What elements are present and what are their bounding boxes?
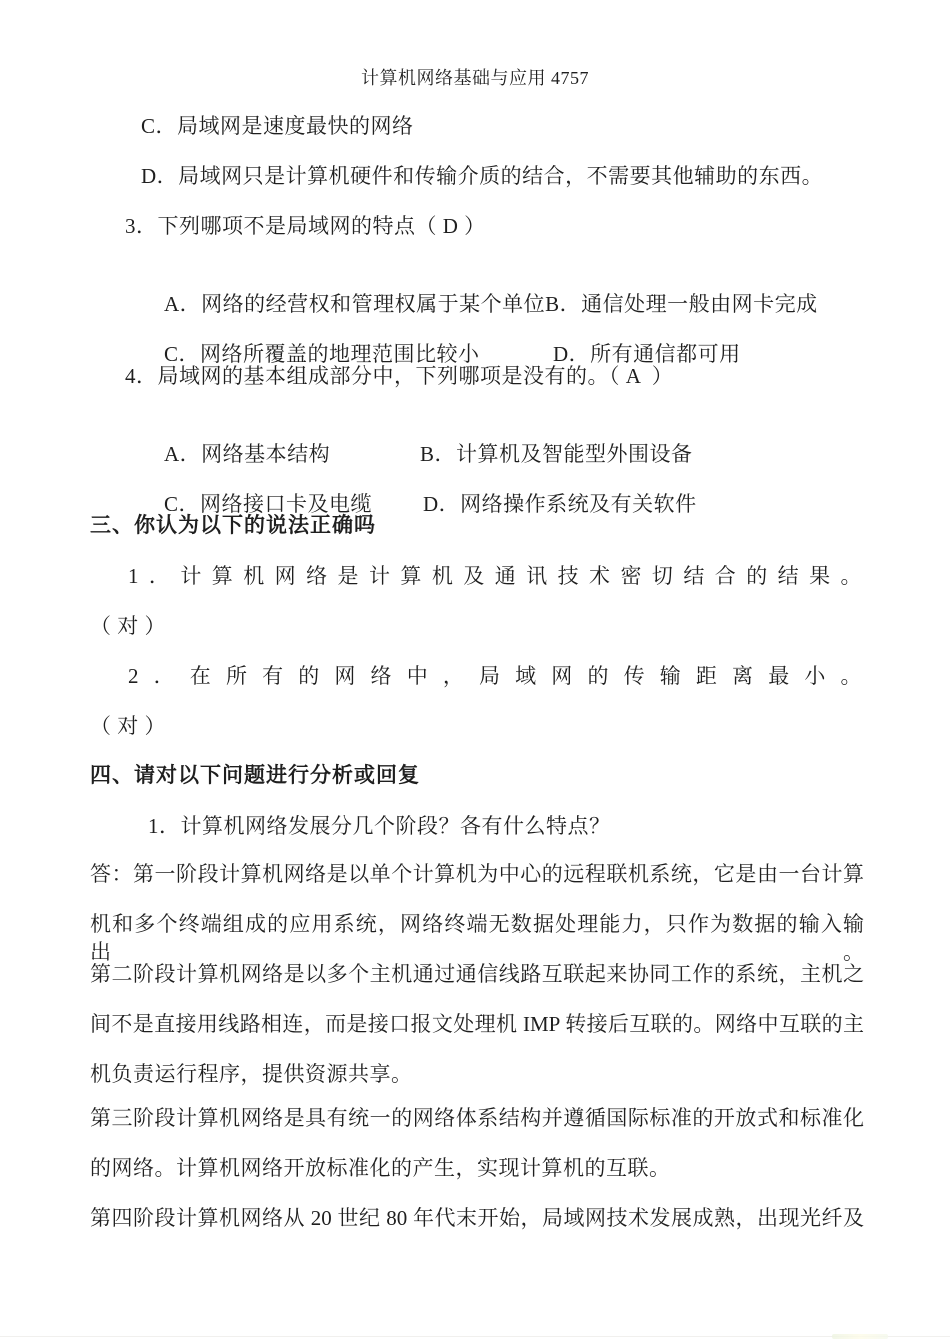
question-3: 3．下列哪项不是局域网的特点（ D ） xyxy=(125,212,486,240)
answer-paragraph-line: 机负责运行程序，提供资源共享。 xyxy=(90,1060,413,1088)
answer-paragraph-line: 第四阶段计算机网络从 20 世纪 80 年代末开始，局域网技术发展成熟，出现光纤… xyxy=(90,1204,864,1232)
answer-mark-2: （ 对 ） xyxy=(90,712,166,740)
answer-paragraph-line: 机和多个终端组成的应用系统，网络终端无数据处理能力，只作为数据的输入输出。 xyxy=(90,910,864,966)
statement-2: 2．在所有的网络中，局域网的传输距离最小。 xyxy=(128,662,862,690)
section-heading-3: 三、你认为以下的说法正确吗 xyxy=(90,512,376,540)
question-4: 4．局域网的基本组成部分中，下列哪项是没有的。（ A ） xyxy=(125,362,673,390)
answer-paragraph-line: 答：第一阶段计算机网络是以单个计算机为中心的远程联机系统，它是由一台计算 xyxy=(90,860,864,888)
watermark-artifact xyxy=(832,1334,888,1339)
document-page: 计算机网络基础与应用 4757 C．局域网是速度最快的网络 D．局域网只是计算机… xyxy=(0,0,950,1341)
statement-1: 1．计算机网络是计算机及通讯技术密切结合的结果。 xyxy=(128,562,862,590)
option-line-c: C．局域网是速度最快的网络 xyxy=(141,112,414,140)
option-d: D．网络操作系统及有关软件 xyxy=(423,492,697,516)
answer-paragraph-line: 第三阶段计算机网络是具有统一的网络体系结构并遵循国际标准的开放式和标准化 xyxy=(90,1104,864,1132)
option-line-d: D．局域网只是计算机硬件和传输介质的结合，不需要其他辅助的东西。 xyxy=(141,162,823,190)
answer-mark-1: （ 对 ） xyxy=(90,612,166,640)
answer-paragraph-line: 第二阶段计算机网络是以多个主机通过通信线路互联起来协同工作的系统，主机之 xyxy=(90,960,864,988)
answer-paragraph-line: 间不是直接用线路相连，而是接口报文处理机 IMP 转接后互联的。网络中互联的主 xyxy=(90,1010,864,1038)
answer-paragraph-line: 的网络。计算机网络开放标准化的产生，实现计算机的互联。 xyxy=(90,1154,671,1182)
section-heading-4: 四、请对以下问题进行分析或回复 xyxy=(90,762,420,790)
page-title: 计算机网络基础与应用 4757 xyxy=(0,64,950,92)
essay-question-1: 1．计算机网络发展分几个阶段？各有什么特点？ xyxy=(148,812,611,840)
page-bottom-rule xyxy=(0,1336,950,1337)
